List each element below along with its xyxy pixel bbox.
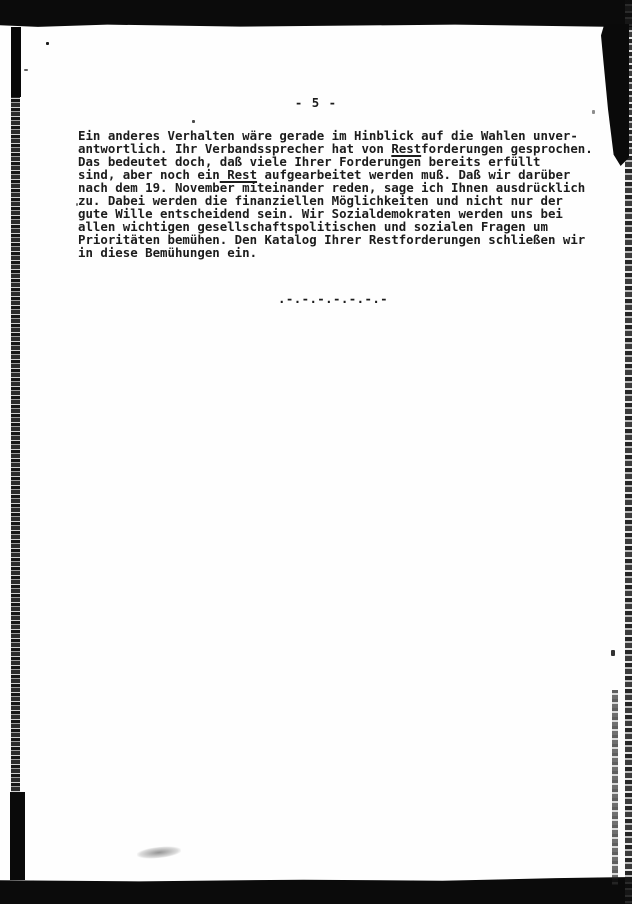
scan-speck [611,650,615,656]
scan-border-bottom [0,877,632,904]
scan-speck [592,110,595,114]
scan-border-top [0,0,632,28]
page-number: - 5 - [0,95,632,110]
text-segment: in diese Bemühungen ein. [78,245,257,260]
scan-binding-strip-left-bottom [10,792,25,880]
separator-line: .-.-.-.-.-.-.- [278,291,388,306]
scan-binding-strip-left [11,27,20,879]
body-paragraph: Ein anderes Verhalten wäre gerade im Hin… [78,129,598,259]
pencil-smudge [137,845,182,861]
paragraph-line: in diese Bemühungen ein. [78,246,598,259]
scanned-document-page: - 5 - Ein anderes Verhalten wäre gerade … [0,0,632,904]
scan-speck [192,120,195,123]
scan-speckle-right [612,690,618,885]
scan-speck [46,42,49,45]
scan-speck [24,69,28,71]
scan-binding-strip-left-top [11,27,21,97]
